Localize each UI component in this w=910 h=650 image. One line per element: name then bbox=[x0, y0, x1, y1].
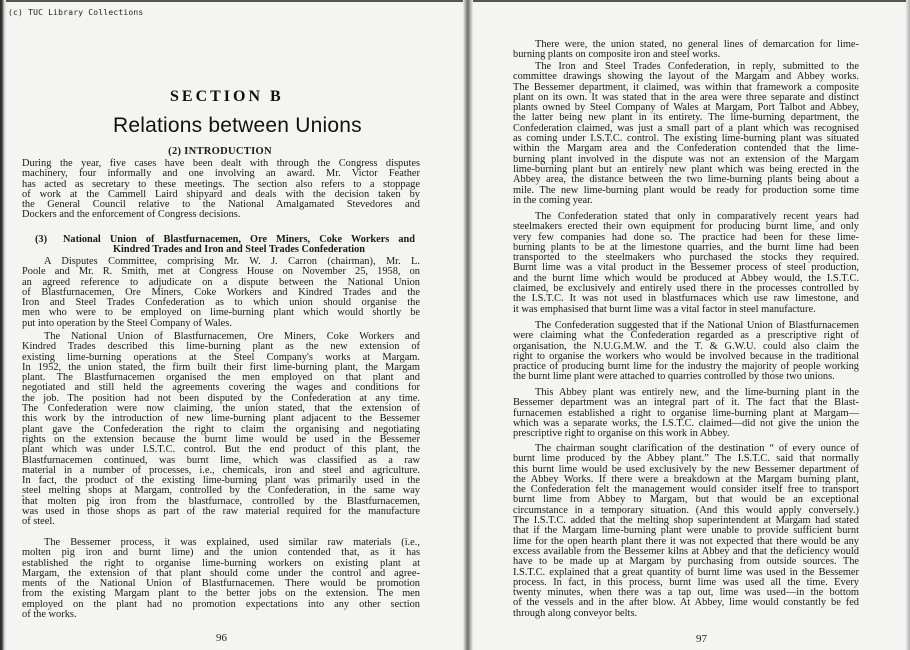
right-page: There were, the union stated, no general… bbox=[513, 0, 861, 650]
subsection-number: (3) bbox=[35, 235, 47, 245]
paragraph-chairman-clarification: The chairman sought clarification of the… bbox=[513, 444, 859, 619]
intro-paragraph: During the year, five cases have been de… bbox=[22, 159, 420, 221]
page-left-edge bbox=[0, 0, 6, 650]
subsection-title-line2: Kindred Trades and Iron and Steel Trades… bbox=[35, 245, 415, 255]
text-line: put into operation by the Steel Company … bbox=[22, 319, 420, 329]
print-speck bbox=[22, 495, 24, 497]
text-line: in the coming year. bbox=[513, 196, 859, 206]
paragraph-blastfurnacemen-claim: The National Union of Blastfurnacemen, O… bbox=[22, 332, 420, 528]
text-line: Dockers and the enforcement of Congress … bbox=[22, 210, 420, 220]
paragraph-istc-reply: The Iron and Steel Trades Confederation,… bbox=[513, 62, 859, 206]
paragraph-disputes-committee: A Disputes Committee, comprising Mr. W. … bbox=[22, 257, 420, 329]
section-label: SECTION B bbox=[170, 88, 284, 106]
paragraph-prescriptive-right: The Confederation suggested that if the … bbox=[513, 321, 859, 383]
text-line: it was emphasised that burnt lime was a … bbox=[513, 305, 859, 315]
text-line: of steel. bbox=[22, 517, 420, 527]
text-line: through along conveyor belts. bbox=[513, 609, 859, 619]
page-right-edge bbox=[906, 0, 910, 650]
book-spread: (c) TUC Library Collections SECTION B Re… bbox=[0, 0, 910, 650]
text-line: employed on the plant had no promotion e… bbox=[22, 600, 420, 610]
page-number-left: 96 bbox=[216, 632, 227, 644]
paragraph-abbey-plant: This Abbey plant was entirely new, and t… bbox=[513, 388, 859, 439]
page-number-right: 97 bbox=[696, 633, 707, 645]
subsection-heading: (3) National Union of Blastfurnacemen, O… bbox=[35, 235, 415, 255]
section-title: Relations between Unions bbox=[113, 114, 362, 138]
text-line: of the works. bbox=[22, 610, 420, 620]
text-line: was used in those shops as part of the r… bbox=[22, 507, 420, 517]
paragraph-bessemer-process: The Bessemer process, it was explained, … bbox=[22, 538, 420, 620]
text-line: prescriptive right to organise on this w… bbox=[513, 429, 859, 439]
paragraph-demarcation: There were, the union stated, no general… bbox=[513, 40, 859, 61]
left-page: SECTION B Relations between Unions (2) I… bbox=[20, 0, 443, 650]
text-line: burning plants on composite iron and ste… bbox=[513, 50, 859, 60]
paragraph-confederation-statement: The Confederation stated that only in co… bbox=[513, 212, 859, 315]
intro-heading: (2) INTRODUCTION bbox=[20, 146, 420, 157]
text-line: the burnt lime plant were attached to qu… bbox=[513, 372, 859, 382]
book-gutter bbox=[463, 0, 473, 650]
